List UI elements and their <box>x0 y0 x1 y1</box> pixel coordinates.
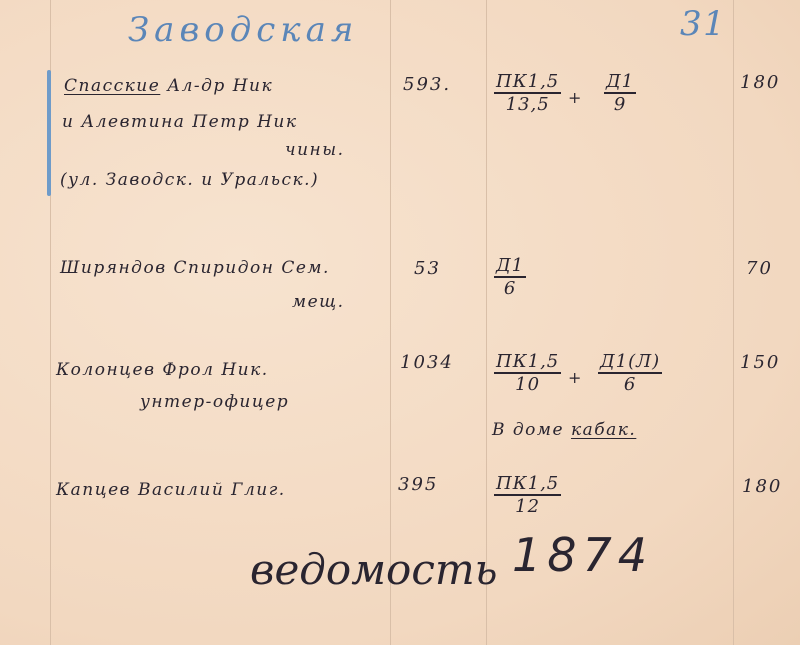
fraction: Д1 6 <box>494 256 526 299</box>
entry-amount: 180 <box>742 476 782 497</box>
entry-number: 395 <box>398 474 438 495</box>
plus-sign: + <box>568 368 581 387</box>
column-rule <box>733 0 734 645</box>
fraction: ПК1,5 10 <box>494 352 561 395</box>
blue-margin-mark <box>47 70 51 196</box>
entry-amount: 180 <box>740 72 780 93</box>
entry-rank: унтер-офицер <box>140 392 289 412</box>
fraction: Д1 9 <box>604 72 636 115</box>
entry-name-line: и Алевтина Петр Ник <box>62 112 298 132</box>
entry-amount: 70 <box>746 258 773 279</box>
entry-address: (ул. Заводск. и Уральск.) <box>60 170 319 190</box>
fraction: ПК1,5 12 <box>494 474 561 517</box>
entry-name: Капцев Василий Глиг. <box>56 480 286 500</box>
entry-rank: мещ. <box>292 292 345 312</box>
entry-number: 53 <box>414 258 441 279</box>
entry-name: Колонцев Фрол Ник. <box>56 360 269 380</box>
entry-number: 593. <box>403 74 451 95</box>
plus-sign: + <box>568 88 581 107</box>
signature-word: ведомость <box>250 545 498 594</box>
entry-name: Спасские Ал-др Ник <box>64 76 273 96</box>
entry-note: В доме кабак. <box>492 420 636 440</box>
entry-amount: 150 <box>740 352 780 373</box>
document-page: Заводская 31 Спасские Ал-др Ник и Алевти… <box>0 0 800 645</box>
entry-rank: чины. <box>285 140 344 160</box>
page-number: 31 <box>680 4 726 44</box>
street-title: Заводская <box>128 10 358 50</box>
fraction: ПК1,5 13,5 <box>494 72 561 115</box>
entry-name: Ширяндов Спиридон Сем. <box>60 258 330 278</box>
fraction: Д1(Л) 6 <box>598 352 662 395</box>
year: 1874 <box>512 528 653 582</box>
entry-number: 1034 <box>400 352 454 373</box>
